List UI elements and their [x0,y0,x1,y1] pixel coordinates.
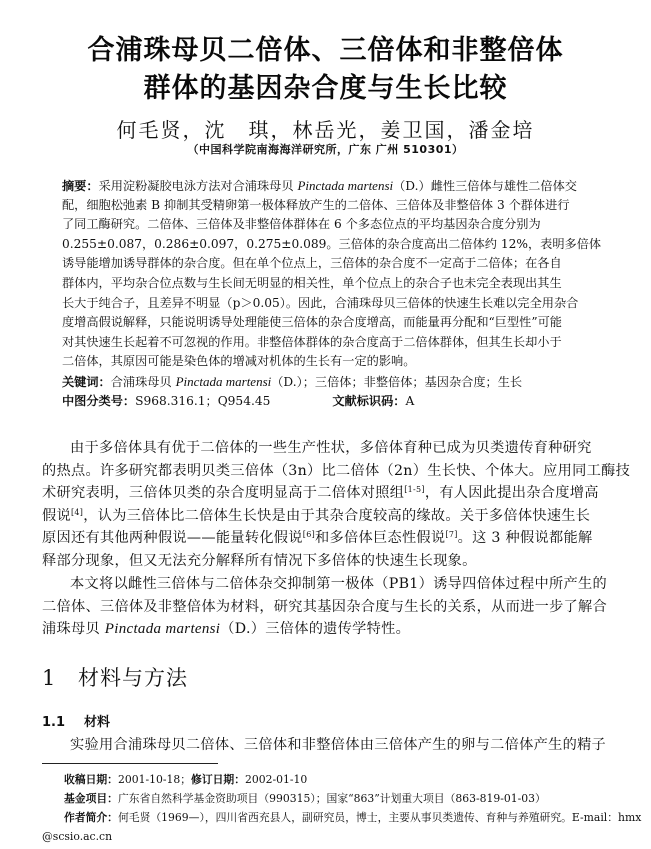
abstract-line: 长大于纯合子，且差异不明显（p＞0.05）。因此，合浦珠母贝三倍体的快速生长难以… [62,294,594,314]
abstract-label: 摘要： [62,179,99,193]
section-heading-1: 1材料与方法 [42,662,188,692]
footnotes: 收稿日期：2001-10-18；修订日期：2002-01-10 基金项目：广东省… [42,770,642,846]
materials-paragraph: 实验用合浦珠母贝二倍体、三倍体和非整倍体由三倍体产生的卵与二倍体产生的精子 [42,734,612,757]
species-name: Pinctada martensi [105,621,221,637]
footnote-divider [42,763,218,764]
footnote-dates: 收稿日期：2001-10-18；修订日期：2002-01-10 [42,770,642,789]
abstract-line: 配，细胞松弛素 B 抑制其受精卵第一极体释放产生的二倍体、三倍体及非整倍体 3 … [62,196,594,216]
abstract-line: 0.255±0.087，0.286±0.097，0.275±0.089。三倍体的… [62,235,594,255]
title-line-1: 合浦珠母贝二倍体、三倍体和非整倍体 [0,28,651,67]
doc-code-value: A [405,394,414,408]
footnote-author: 作者简介：何毛贤（1969—），四川省西充县人，副研究员，博士，主要从事贝类遗传… [42,808,642,827]
keywords-label: 关键词： [62,375,111,389]
abstract: 摘要：采用淀粉凝胶电泳方法对合浦珠母贝 Pinctada martensi（D.… [62,176,594,411]
abstract-line: 对其快速生长起着不可忽视的作用。非整倍体群体的杂合度高于二倍体群体，但其生长却小… [62,333,594,353]
classification-value: S968.316.1；Q954.45 [135,394,270,408]
affiliation: （中国科学院南海海洋研究所，广东 广州 510301） [0,141,651,157]
keywords: 关键词：合浦珠母贝 Pinctada martensi（D.）；三倍体；非整倍体… [62,372,594,392]
species-name: Pinctada martensi [297,178,393,193]
intro-paragraph-2: 本文将以雌性三倍体与二倍体杂交抑制第一极体（PB1）诱导四倍体过程中所产生的 二… [42,573,612,641]
footnote-funding: 基金项目：广东省自然科学基金资助项目（990315）；国家“863”计划重大项目… [42,789,642,808]
abstract-line: 摘要：采用淀粉凝胶电泳方法对合浦珠母贝 Pinctada martensi（D.… [62,176,594,196]
abstract-line: 了同工酶研究。二倍体、三倍体及非整倍体群体在 6 个多态位点的平均基因杂合度分别… [62,215,594,235]
citation: [4] [71,508,83,517]
abstract-line: 度增高假说解释，只能说明诱导处理能使三倍体的杂合度增高，而能量再分配和“巨型性”… [62,313,594,333]
footnote-email: @scsio.ac.cn [42,827,642,846]
title-line-2: 群体的基因杂合度与生长比较 [0,66,651,105]
citation: [7] [445,530,457,539]
species-name: Pinctada martensi [176,374,272,389]
citation: [1-5] [404,485,425,494]
abstract-line: 诱导能增加诱导群体的杂合度。但在单个位点上，三倍体的杂合度不一定高于二倍体；在各… [62,254,594,274]
abstract-line: 二倍体，其原因可能是染色体的增减对机体的生长有一定的影响。 [62,352,594,372]
citation: [6] [303,530,315,539]
intro-paragraph-1: 由于多倍体具有优于二倍体的一些生产性状，多倍体育种已成为贝类遗传育种研究 的热点… [42,437,612,573]
classification: 中图分类号：S968.316.1；Q954.45文献标识码：A [62,392,594,412]
doc-code-label: 文献标识码： [332,394,405,408]
abstract-line: 群体内，平均杂合位点数与生长间无明显的相关性，单个位点上的杂合子也未完全表现出其… [62,274,594,294]
authors: 何毛贤，沈 琪，林岳光，姜卫国，潘金培 [0,114,651,143]
section-heading-1-1: 1.1材料 [42,711,110,730]
classification-label: 中图分类号： [62,394,135,408]
